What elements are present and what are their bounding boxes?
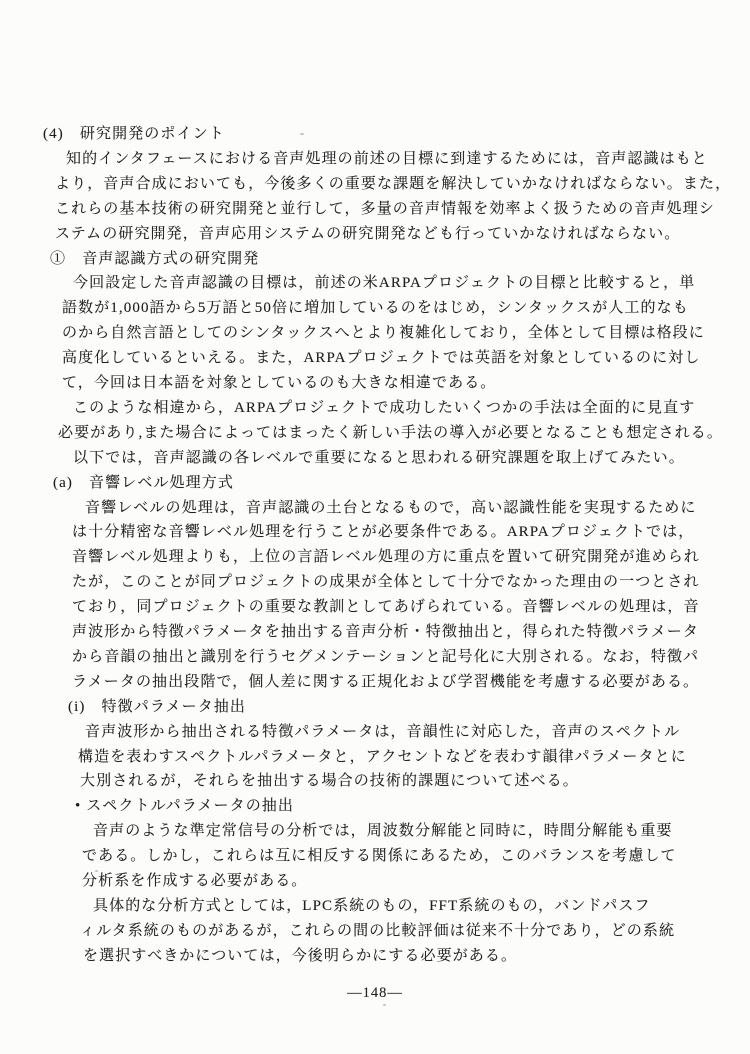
- text-line: 声波形から特徴パラメータを抽出する音声分析・特徴抽出と，得られた特徴パラメータ: [72, 622, 699, 642]
- text-line: を選択すべきかについては，今後明らかにする必要がある。: [83, 946, 517, 966]
- text-line: ィルタ系統のものがあるが，これらの間の比較評価は従来不十分であり，どの系統: [80, 921, 675, 941]
- text-line: 高度化しているといえる。また，ARPAプロジェクトでは英語を対象としているのに対…: [62, 348, 700, 368]
- text-line: このような相違から，ARPAプロジェクトで成功したいくつかの手法は全面的に見直す: [73, 398, 695, 418]
- scan-speckle: [95, 870, 98, 872]
- text-line: より，音声合成においても，今後多くの重要な課題を解決していかなければならない。ま…: [55, 174, 731, 194]
- text-line: 音響レベルの処理は，音声認識の土台となるもので，高い認識性能を実現するために: [85, 498, 697, 518]
- text-line: • スペクトルパラメータの抽出: [75, 796, 294, 816]
- text-line: 必要があり,また場合によってはまったく新しい手法の導入が必要となることも想定され…: [58, 423, 723, 443]
- text-line: ており，同プロジェクトの重要な教訓としてあげられている。音響レベルの処理は，音: [72, 597, 700, 617]
- text-line: 音声波形から抽出される特徴パラメータは，音韻性に対応した，音声のスペクトル: [85, 722, 680, 742]
- text-line: のから自然言語としてのシンタックスへとより複雑化しており，全体として目標は格段に: [62, 323, 705, 343]
- text-line: て，今回は日本語を対象としているのも大きな相違である。: [62, 373, 496, 393]
- text-line: 音響レベル処理よりも，上位の言語レベル処理の方に重点を置いて研究開発が進められ: [72, 547, 700, 567]
- scan-speckle: [383, 1004, 386, 1006]
- text-line: である。しかし，これらは互に相反する関係にあるため，このバランスを考慮して: [82, 846, 677, 866]
- scan-speckle: [300, 133, 304, 135]
- text-line: 語数が1,000語から5万語と50倍に増加しているのをはじめ，シンタックスが人工…: [62, 298, 689, 318]
- page-number: —148—: [0, 985, 750, 1002]
- text-line: これらの基本技術の研究開発と並行して，多量の音声情報を効率よく扱うための音声処理…: [55, 199, 715, 219]
- text-line: (4) 研究開発のポイント: [43, 124, 225, 144]
- text-line: 今回設定した音声認識の目標は，前述の米ARPAプロジェクトの目標と比較すると，単: [73, 273, 695, 293]
- text-line: から音韻の抽出と識別を行うセグメンテーションと記号化に大別される。なお，特徴パ: [72, 647, 699, 667]
- text-line: ① 音声認識方式の研究開発: [50, 249, 259, 269]
- text-line: たが，このことが同プロジェクトの成果が全体として十分でなかった理由の一つとされ: [72, 572, 700, 592]
- text-line: ラメータの抽出段階で，個人差に関する正規化および学習機能を考慮する必要がある。: [72, 672, 699, 692]
- text-line: 知的インタフェースにおける音声処理の前述の目標に到達するためには，音声認識はもと: [66, 149, 708, 169]
- text-line: 以下では，音声認識の各レベルで重要になると思われる研究課題を取上げてみたい。: [73, 448, 685, 468]
- text-line: 構造を表わすスペクトルパラメータと，アクセントなどを表わす韻律パラメータとに: [78, 747, 687, 767]
- text-line: 大別されるが，それらを抽出する場合の技術的課題について述べる。: [80, 771, 579, 791]
- text-line: (i) 特徴パラメータ抽出: [68, 697, 246, 717]
- document-page: (4) 研究開発のポイント知的インタフェースにおける音声処理の前述の目標に到達す…: [0, 0, 750, 1054]
- text-line: 音声のような準定常信号の分析では，周波数分解能と同時に，時間分解能も重要: [93, 821, 673, 841]
- text-line: 具体的な分析方式としては，LPC系統のもの，FFT系統のもの，バンドパスフ: [93, 896, 651, 916]
- text-line: 分析系を作成する必要がある。: [82, 871, 307, 891]
- text-line: は十分精密な音響レベル処理を行うことが必要条件である。ARPAプロジェクトでは，: [72, 522, 694, 542]
- text-line: (a) 音響レベル処理方式: [53, 473, 234, 493]
- text-line: ステムの研究開発，音声応用システムの研究開発なども行っていかなければならない。: [55, 224, 680, 244]
